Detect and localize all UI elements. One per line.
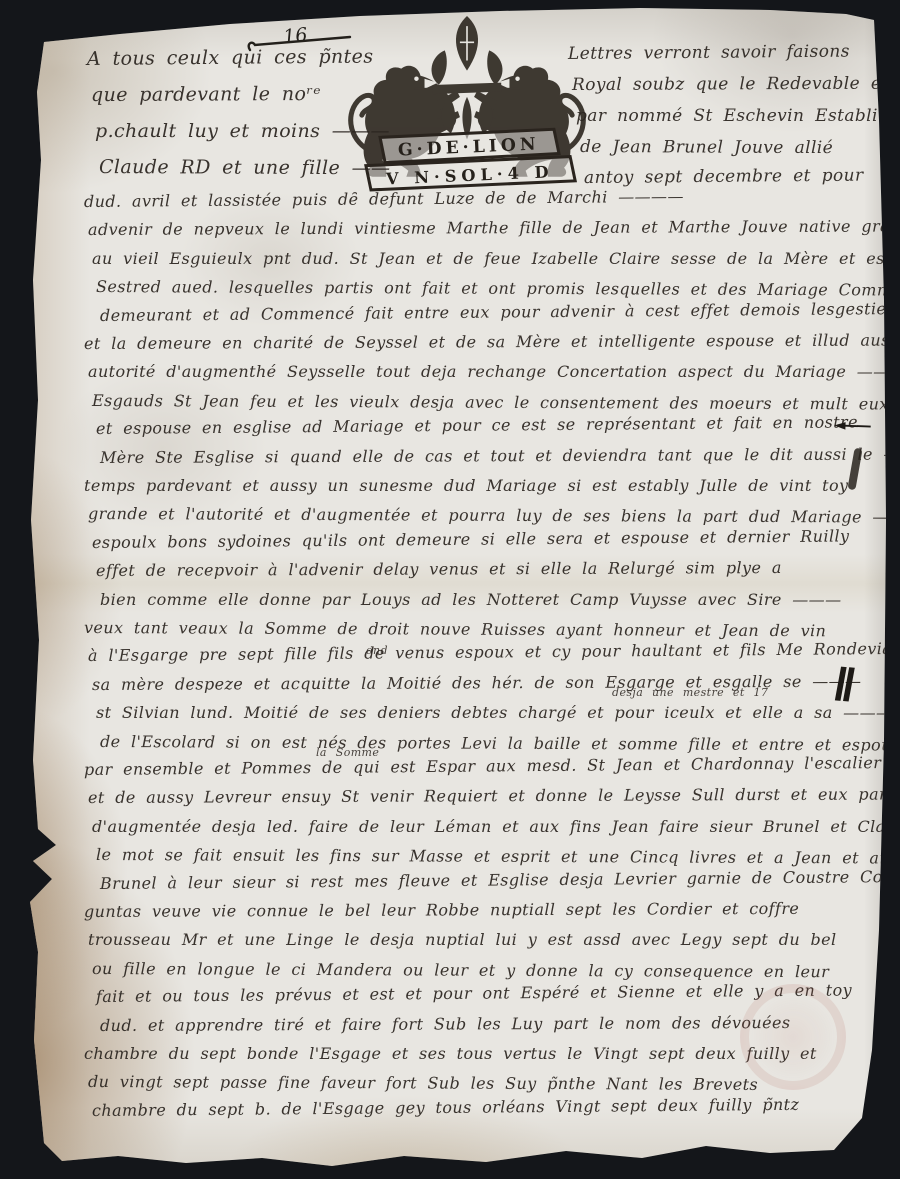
manuscript-line: autorité d'augmenthé Seysselle tout deja… — [88, 362, 900, 381]
manuscript-line: d'augmentée desja led. faire de leur Lém… — [92, 817, 900, 836]
manuscript-line: chambre du sept b. de l'Esgage gey tous … — [92, 1095, 799, 1120]
manuscript-line: au vieil Esguieulx pnt dud. St Jean et d… — [92, 249, 900, 268]
manuscript-line: Brunel à leur sieur si rest mes fleuve e… — [100, 866, 900, 892]
manuscript-line: à l'Esgarge pre sept fille fils de venus… — [88, 639, 900, 665]
manuscript-line: advenir de nepveux le lundi vintiesme Ma… — [88, 217, 900, 240]
manuscript-line: Royal soubz que le Redevable et —— — [572, 73, 900, 95]
manuscript-line: et la demeure en charité de Seyssel et d… — [84, 330, 900, 353]
manuscript-line: espoulx bons sydoines qu'ils ont demeure… — [92, 526, 850, 552]
manuscript-line: dud. avril et lassistée puis dȇ defunt L… — [84, 187, 684, 211]
manuscript-line: et de aussy Levreur ensuy St venir Requi… — [88, 785, 900, 808]
margin-double-stroke-mark: ‖ — [828, 661, 861, 703]
manuscript-line: st Silvian lund. Moitié de ses deniers d… — [96, 703, 892, 722]
manuscript-line: dud. et apprendre tiré et faire fort Sub… — [100, 1013, 791, 1035]
manuscript-line: Mère Ste Esglise si quand elle de cas et… — [100, 444, 900, 467]
manuscript-line: de l'Escolard si on est nés des portes L… — [100, 732, 900, 755]
manuscript-line: de Jean Brunel Jouve allié — [580, 137, 833, 158]
manuscript-line: veux tant veaux la Somme de droit nouve … — [84, 618, 826, 640]
manuscript-line: et espouse en esglise ad Mariage et pour… — [96, 413, 858, 439]
manuscript-line: par ensemble et Pommes de qui est Espar … — [84, 753, 900, 779]
manuscript-line: du vingt sept passe fine faveur fort Sub… — [88, 1072, 758, 1094]
manuscript-line: Sestred aued. lesquelles partis ont fait… — [96, 277, 900, 300]
manuscript-line: fait et ou tous les prévus et est et pou… — [96, 981, 852, 1007]
manuscript-line: A tous ceulx qui ces p̃ntes — [87, 46, 374, 70]
manuscript-line: le mot se fait ensuit les fins sur Masse… — [96, 845, 900, 868]
interline-insertion: la Somme — [316, 746, 379, 759]
photograph-of-manuscript: 16 — [0, 0, 900, 1179]
manuscript-line: trousseau Mr et une Linge le desja nupti… — [88, 930, 837, 949]
manuscript-line: guntas veuve vie connue le bel leur Robb… — [84, 899, 799, 921]
manuscript-line: chambre du sept bonde l'Esgage et ses to… — [84, 1044, 817, 1063]
manuscript-line: ou fille en longue le ci Mandera ou leur… — [92, 959, 829, 981]
manuscript-line: temps pardevant et aussy un sunesme dud … — [84, 476, 848, 495]
margin-arrow-mark: ◄—— — [834, 415, 870, 434]
manuscript-line: que pardevant le noʳᵉ — [91, 83, 321, 106]
interline-insertion: desja une mestre et 17 — [612, 686, 768, 699]
manuscript-line: Lettres verront savoir faisons — [568, 42, 850, 64]
manuscript-line: Claude RD et une fille —— — [99, 156, 391, 179]
manuscript-line: p.chault luy et moins ——— — [95, 120, 390, 142]
manuscript-line: demeurant et ad Commencé fait entre eux … — [100, 298, 900, 325]
interline-insertion: ond — [366, 644, 388, 657]
manuscript-line: effet de recepvoir à l'advenir delay ven… — [96, 558, 782, 580]
manuscript-line: antoy sept decembre et pour — [584, 166, 864, 188]
page-number: 16 — [282, 24, 308, 48]
manuscript-line: par nommé St Eschevin Establi — [576, 106, 878, 126]
manuscript-page: 16 — [0, 0, 900, 1179]
manuscript-line: bien comme elle donne par Louys ad les N… — [100, 590, 841, 609]
ghost-red-seal-mark — [740, 984, 846, 1090]
manuscript-line: grande et l'autorité et d'augmentée et p… — [88, 504, 900, 527]
manuscript-line: Esgauds St Jean feu et les vieulx desja … — [92, 391, 900, 414]
